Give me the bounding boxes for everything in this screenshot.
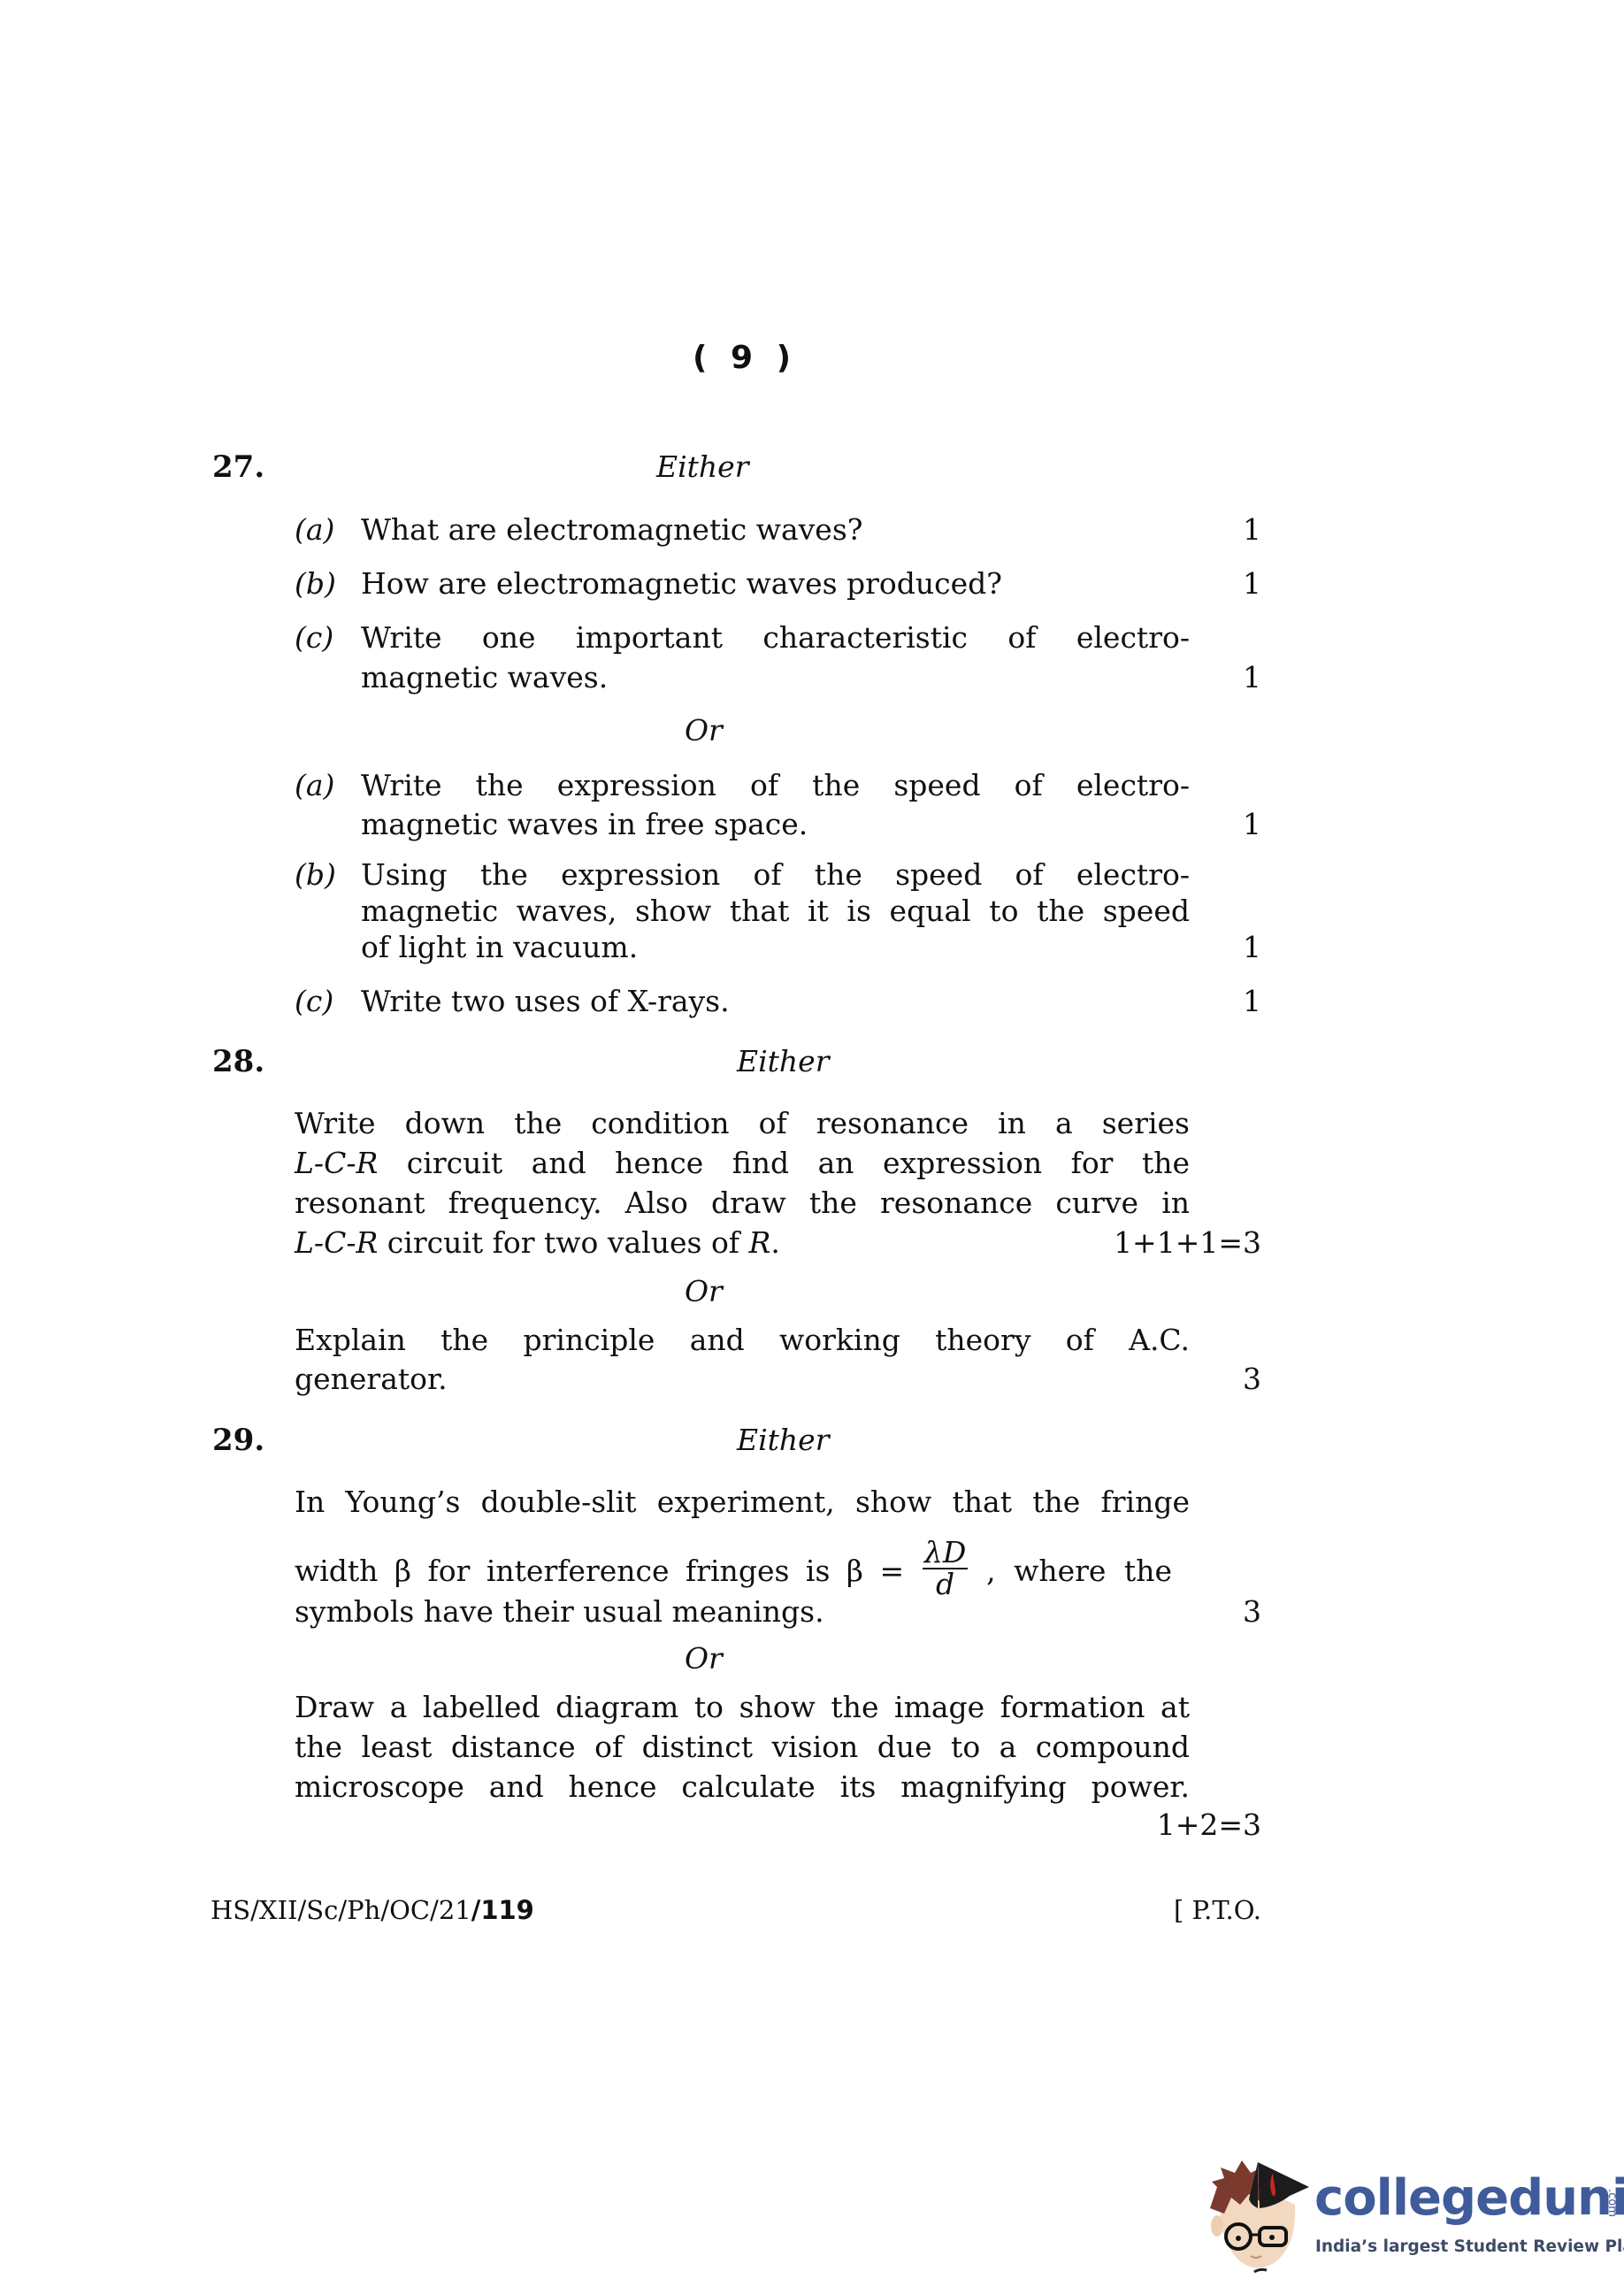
either-label-28: Either bbox=[737, 1044, 829, 1079]
question-text: resonant frequency. Also draw the resona… bbox=[295, 1186, 1190, 1221]
paper-code-suffix: /119 bbox=[471, 1895, 534, 1925]
lcr-symbol: L-C-R bbox=[295, 1146, 378, 1180]
or-label-28: Or bbox=[685, 1274, 723, 1309]
question-text: Write one important characteristic of el… bbox=[361, 620, 1190, 656]
either-label-27: Either bbox=[656, 449, 748, 485]
marks: 1 bbox=[1155, 512, 1261, 548]
question-text-formula: width β for interference fringes is β = … bbox=[295, 1543, 1190, 1600]
question-text: generator. bbox=[295, 1362, 448, 1397]
fraction-formula: λD d bbox=[923, 1538, 968, 1600]
marks: 3 bbox=[1155, 1362, 1261, 1397]
question-text: Explain the principle and working theory… bbox=[295, 1323, 1190, 1358]
fraction-numerator: λD bbox=[923, 1538, 968, 1569]
marks: 1 bbox=[1155, 660, 1261, 695]
question-text: In Young’s double-slit experiment, show … bbox=[295, 1485, 1190, 1520]
brand-tagline: India’s largest Student Review Platform bbox=[1315, 2237, 1624, 2257]
question-text: magnetic waves in free space. bbox=[361, 807, 808, 842]
question-number-27: 27. bbox=[212, 449, 264, 485]
mascot-icon bbox=[1205, 2152, 1315, 2275]
text-span: , where the bbox=[986, 1554, 1172, 1589]
question-text: Write the expression of the speed of ele… bbox=[361, 768, 1190, 803]
paper-code-prefix: HS/XII/Sc/Ph/OC/21 bbox=[211, 1895, 471, 1925]
or-label-29: Or bbox=[685, 1641, 723, 1677]
or-label-27: Or bbox=[685, 713, 723, 748]
marks: 3 bbox=[1155, 1594, 1261, 1630]
either-label-29: Either bbox=[737, 1423, 829, 1458]
question-text: of light in vacuum. bbox=[361, 930, 638, 965]
marks: 1 bbox=[1155, 930, 1261, 965]
r-symbol: R bbox=[749, 1225, 771, 1260]
question-number-29: 29. bbox=[212, 1423, 264, 1458]
paper-code: HS/XII/Sc/Ph/OC/21/119 bbox=[211, 1895, 534, 1925]
question-number-28: 28. bbox=[212, 1044, 264, 1079]
question-text: Draw a labelled diagram to show the imag… bbox=[295, 1690, 1190, 1725]
text-span: . bbox=[770, 1225, 780, 1260]
part-label: (c) bbox=[295, 620, 333, 656]
part-label: (c) bbox=[295, 984, 333, 1019]
text-span: width β for interference fringes is β = bbox=[295, 1554, 904, 1589]
brand-domain: .com bbox=[1605, 2189, 1619, 2217]
question-text: the least distance of distinct vision du… bbox=[295, 1730, 1190, 1765]
marks: 1 bbox=[1155, 984, 1261, 1019]
question-text: What are electromagnetic waves? bbox=[361, 512, 862, 548]
fraction-denominator: d bbox=[923, 1569, 968, 1600]
part-label: (b) bbox=[295, 566, 336, 602]
question-text: How are electromagnetic waves produced? bbox=[361, 566, 1002, 602]
question-text: Write two uses of X-rays. bbox=[361, 984, 730, 1019]
question-text: Write down the condition of resonance in… bbox=[295, 1106, 1190, 1141]
pto-label: [ P.T.O. bbox=[1173, 1895, 1261, 1925]
lcr-symbol: L-C-R bbox=[295, 1225, 378, 1260]
question-text: L-C-R circuit for two values of R. bbox=[295, 1225, 780, 1261]
text-span: circuit and hence find an expression for… bbox=[378, 1146, 1190, 1180]
marks: 1 bbox=[1155, 566, 1261, 602]
question-text: magnetic waves. bbox=[361, 660, 608, 695]
marks: 1 bbox=[1155, 807, 1261, 842]
part-label: (a) bbox=[295, 768, 334, 803]
question-text: Using the expression of the speed of ele… bbox=[361, 857, 1190, 893]
marks: 1+2=3 bbox=[1084, 1807, 1261, 1843]
question-text: microscope and hence calculate its magni… bbox=[295, 1769, 1190, 1805]
marks: 1+1+1=3 bbox=[1084, 1225, 1261, 1261]
part-label: (a) bbox=[295, 512, 334, 548]
page-number: ( 9 ) bbox=[693, 341, 791, 376]
question-text: magnetic waves, show that it is equal to… bbox=[361, 894, 1190, 929]
question-text: symbols have their usual meanings. bbox=[295, 1594, 824, 1630]
brand-wordmark: collegedunia bbox=[1314, 2172, 1624, 2225]
text-span: circuit for two values of bbox=[378, 1225, 748, 1260]
question-text: L-C-R circuit and hence find an expressi… bbox=[295, 1146, 1190, 1181]
part-label: (b) bbox=[295, 857, 336, 893]
